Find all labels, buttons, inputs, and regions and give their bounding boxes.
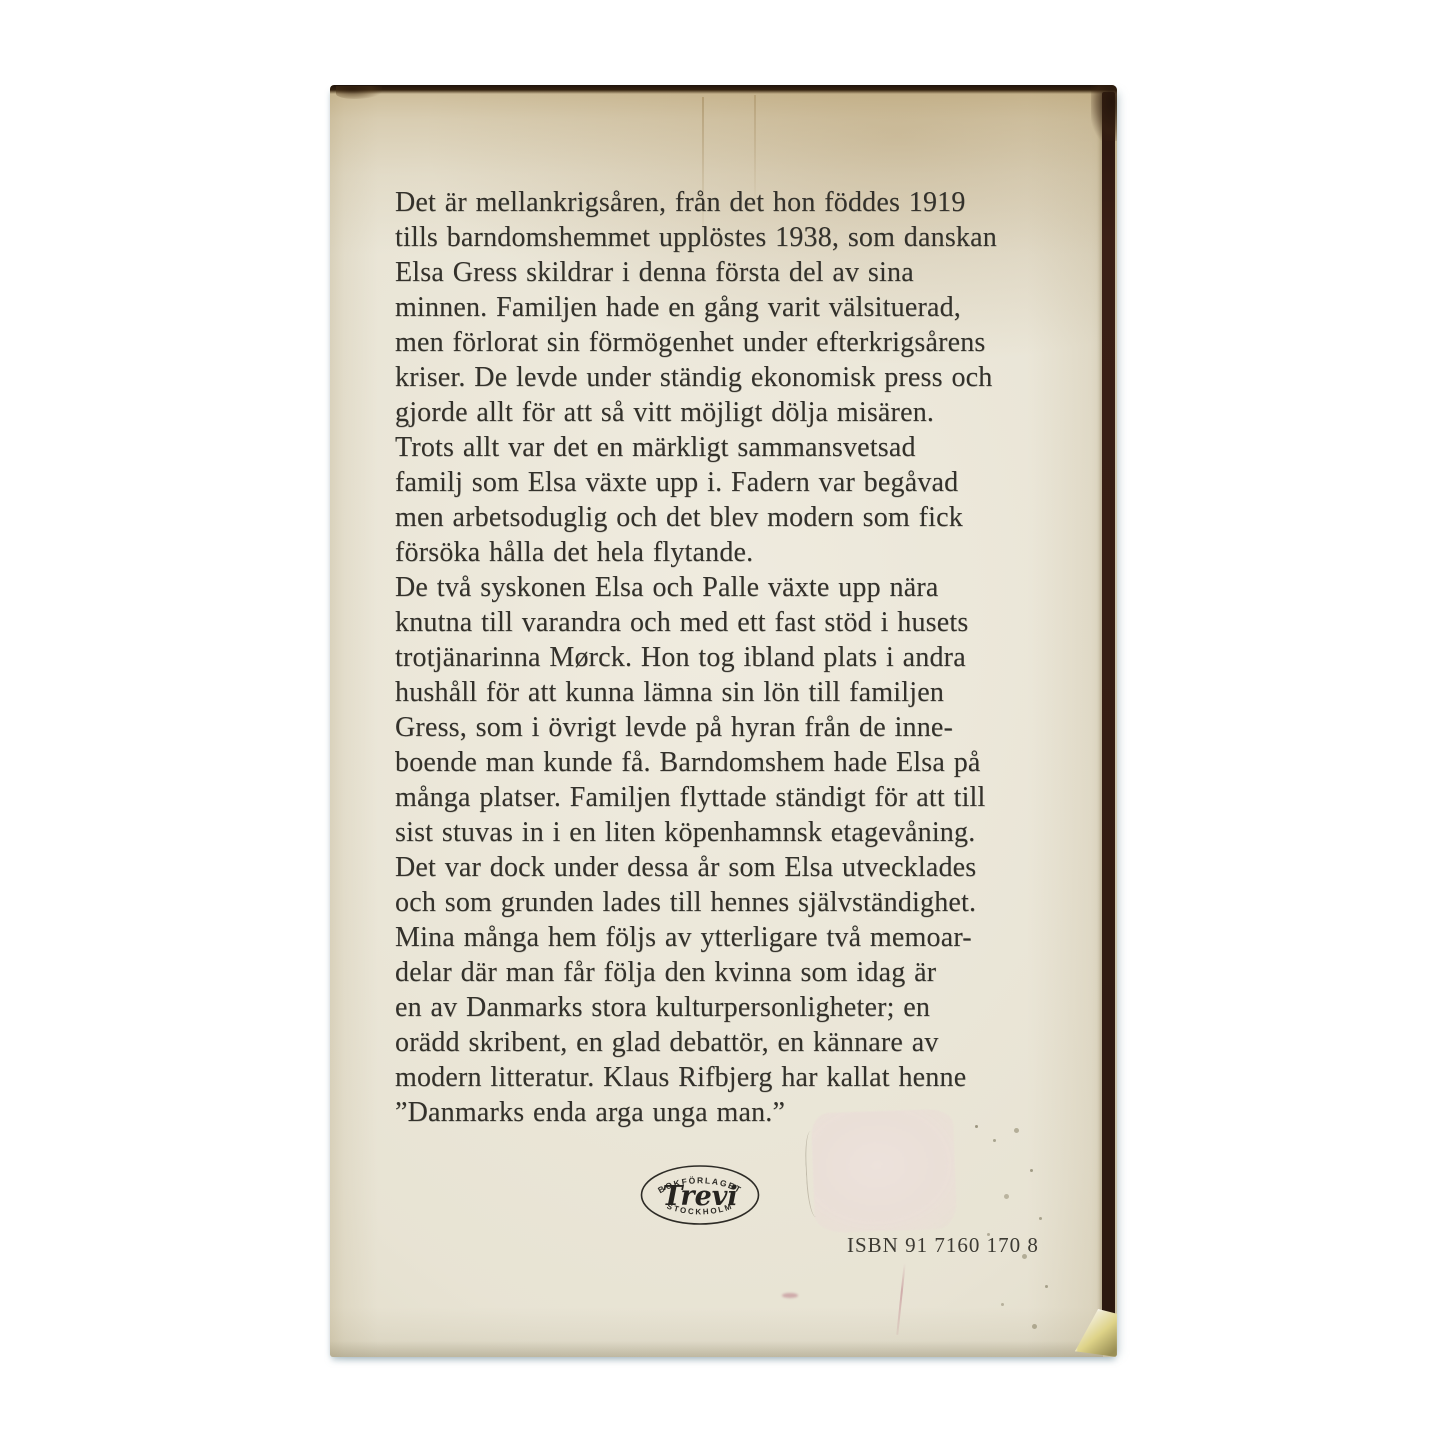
- speckle-marks: [975, 1125, 978, 1128]
- jacket-spine-edge: [1102, 92, 1115, 1320]
- isbn-text: ISBN 91 7160 170 8: [847, 1233, 1039, 1258]
- book-back-cover: Det är mellankrigsåren, från det hon föd…: [330, 85, 1117, 1357]
- photo-background: Det är mellankrigsåren, från det hon föd…: [0, 0, 1445, 1445]
- bottom-right-corner-fold: [1075, 1309, 1117, 1357]
- back-cover-blurb: Det är mellankrigsåren, från det hon föd…: [395, 185, 997, 1130]
- jacket-spine-corner: [1091, 85, 1117, 141]
- pink-scratch-mark: [896, 1263, 906, 1335]
- sticker-residue-stain: [811, 1109, 957, 1234]
- bottom-edge-grime: [330, 1341, 1103, 1357]
- publisher-logo: BOKFÖRLAGET Trevi STOCKHOLM: [638, 1163, 762, 1227]
- jacket-top-left-nick: [336, 86, 382, 99]
- jacket-top-fold-edge: [330, 85, 1117, 94]
- red-smudge-mark: [782, 1293, 798, 1298]
